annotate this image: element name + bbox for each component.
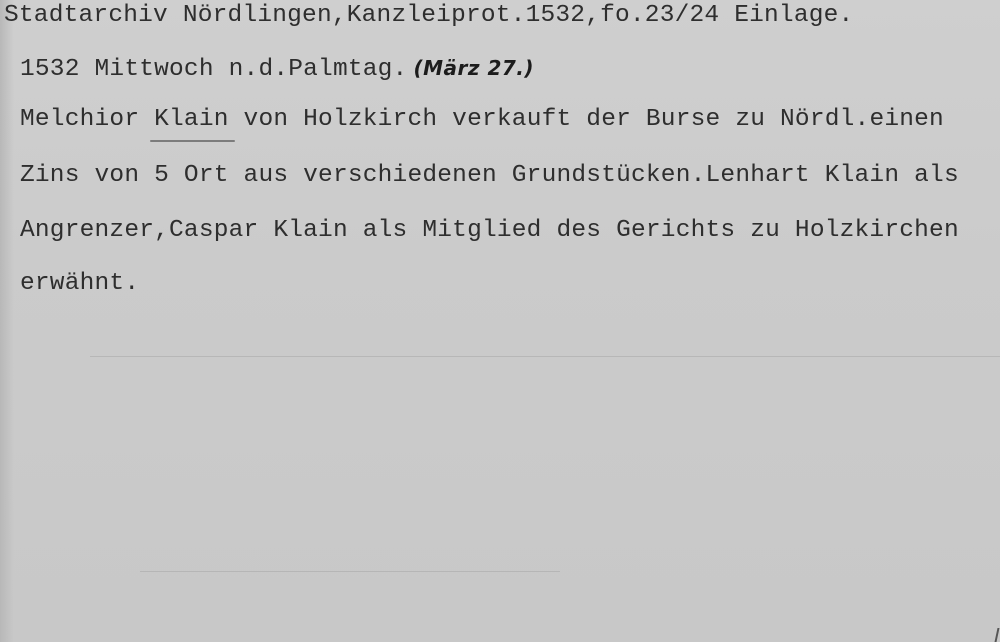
pencil-mark xyxy=(995,628,1000,642)
body-line-2: Zins von 5 Ort aus verschiedenen Grundst… xyxy=(20,162,959,189)
handwritten-date-note: (März 27.) xyxy=(413,56,534,80)
archive-index-card: Stadtarchiv Nördlingen,Kanzleiprot.1532,… xyxy=(0,0,1000,642)
date-line: 1532 Mittwoch n.d.Palmtag.(März 27.) xyxy=(20,56,534,83)
card-header-source: Stadtarchiv Nördlingen,Kanzleiprot.1532,… xyxy=(4,2,853,29)
body-line-1-start: Melchior xyxy=(20,106,154,133)
body-line-4: erwähnt. xyxy=(20,270,139,297)
faint-ruled-line xyxy=(140,571,560,572)
faint-ruled-line xyxy=(90,356,1000,357)
body-line-3: Angrenzer,Caspar Klain als Mitglied des … xyxy=(20,217,959,244)
underlined-surname: Klain xyxy=(154,106,229,133)
date-typed: 1532 Mittwoch n.d.Palmtag. xyxy=(20,56,407,83)
body-line-1: Melchior Klain von Holzkirch verkauft de… xyxy=(20,106,944,133)
body-line-1-end: von Holzkirch verkauft der Burse zu Nörd… xyxy=(229,106,944,133)
